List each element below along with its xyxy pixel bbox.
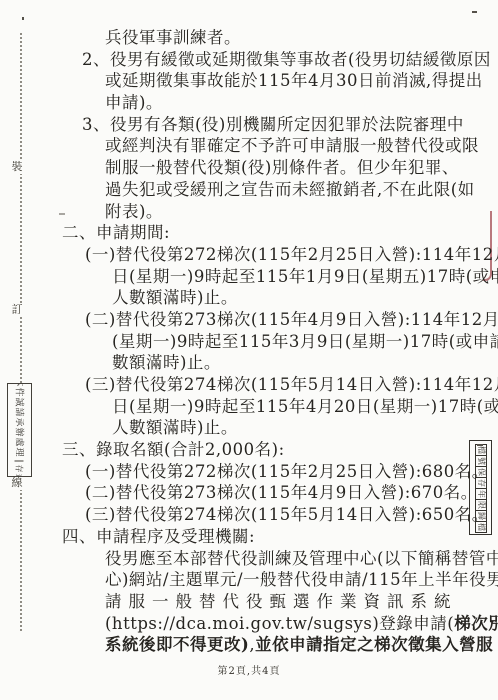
text-segment: 二、申請期間: xyxy=(62,223,170,242)
binding-dotted-line xyxy=(20,33,22,631)
text-segment: 並依申請指定之梯次徵集入營服 xyxy=(255,635,493,654)
text-segment: 心)網站/主題單元/一般替代役申請/115年上半年役男申 xyxy=(105,570,498,589)
text-line: (一)替代役第272梯次(115年2月25日入營):680名。 xyxy=(62,461,466,483)
text-line: 申請)。 xyxy=(62,92,466,114)
text-segment: 梯次別選定送出 xyxy=(454,614,498,633)
text-segment: 役男應至本部替代役訓練及管理中心(以下簡稱替管中 xyxy=(105,549,498,568)
text-line: 3、役男有各類(役)別機關所定因犯罪於法院審理中 xyxy=(62,114,466,136)
text-line: 制服一般替代役類(役)別條件者。但少年犯罪、 xyxy=(62,157,466,179)
scan-speck xyxy=(22,17,24,20)
text-segment: 請服一般替代役甄選作業資訊系統 xyxy=(105,592,458,611)
text-line: 人數額滿時)止。 xyxy=(62,287,466,309)
left-stamp-text: 本件誠請承辦處理 xyxy=(13,383,23,458)
text-line: (三)替代役第274梯次(115年5月14日入營):650名。 xyxy=(62,504,466,526)
text-segment: (一)替代役第272梯次(115年2月25日入營):114年12月15 xyxy=(85,245,498,264)
document-body: 兵役軍事訓練者。2、役男有緩徵或延期徵集等事故者(役男切結緩徵原因或延期徵集事故… xyxy=(62,27,466,656)
text-segment: 人數額滿時)止。 xyxy=(112,418,238,437)
text-segment: 制服一般替代役類(役)別條件者。但少年犯罪、 xyxy=(105,158,459,177)
text-line: 三、錄取名額(合計2,000名): xyxy=(62,439,466,461)
text-segment: (https://dca.moi.gov.tw/sugsys)登錄申請( xyxy=(105,614,454,633)
scanned-document-page: 裝 訂 線 本件誠請承辦處理存查 檔號保存年限歸檔 兵役軍事訓練者。2、役男有緩… xyxy=(0,0,498,700)
text-line: 請服一般替代役甄選作業資訊系統 xyxy=(62,591,466,613)
page-number-footer: 第2頁,共4頁 xyxy=(0,662,498,677)
text-line: 日(星期一)9時起至115年4月20日(星期一)17時(或申請 xyxy=(62,396,466,418)
text-segment: (一)替代役第272梯次(115年2月25日入營):680名。 xyxy=(85,462,489,481)
text-line: 人數額滿時)止。 xyxy=(62,417,466,439)
text-line: 過失犯或受緩刑之宣告而未經撤銷者,不在此限(如 xyxy=(62,179,466,201)
text-segment: 三、錄取名額(合計2,000名): xyxy=(62,440,285,459)
text-segment: 3、役男有各類(役)別機關所定因犯罪於法院審理中 xyxy=(82,115,464,134)
text-line: 附表)。 xyxy=(62,201,466,223)
text-segment: 數額滿時)止。 xyxy=(112,353,221,372)
text-line: 或經判決有罪確定不予許可申請服一般替代役或限 xyxy=(62,135,466,157)
text-segment: (三)替代役第274梯次(115年5月14日入營):650名。 xyxy=(85,505,489,524)
binding-mark-xian: 線 xyxy=(9,476,25,490)
scan-speck xyxy=(472,11,477,13)
text-segment: 申請)。 xyxy=(105,93,163,112)
text-segment: 兵役軍事訓練者。 xyxy=(105,28,241,47)
binding-mark-zhuang: 裝 xyxy=(9,160,25,174)
text-line: 或延期徵集事故能於115年4月30日前消滅,得提出 xyxy=(62,70,466,92)
text-segment: 人數額滿時)止。 xyxy=(112,288,238,307)
text-line: 二、申請期間: xyxy=(62,222,466,244)
text-line: 數額滿時)止。 xyxy=(62,352,466,374)
text-line: 系統後即不得更改),並依申請指定之梯次徵集入營服 xyxy=(62,634,466,656)
text-segment: 附表)。 xyxy=(105,202,163,221)
text-line: 四、申請程序及受理機關: xyxy=(62,526,466,548)
text-line: 心)網站/主題單元/一般替代役申請/115年上半年役男申 xyxy=(62,569,466,591)
scan-speck xyxy=(477,444,483,446)
text-segment: 日(星期一)9時起至115年4月20日(星期一)17時(或申請 xyxy=(112,397,498,416)
text-segment: (二)替代役第273梯次(115年4月9日入營):670名。 xyxy=(85,483,478,502)
text-line: (https://dca.moi.gov.tw/sugsys)登錄申請(梯次別選… xyxy=(62,613,466,635)
text-line: 2、役男有緩徵或延期徵集等事故者(役男切結緩徵原因 xyxy=(62,49,466,71)
text-line: (一)替代役第272梯次(115年2月25日入營):114年12月15 xyxy=(62,244,466,266)
left-margin-stamp: 本件誠請承辦處理存查 xyxy=(7,383,32,477)
text-segment: (星期一)9時起至115年3月9日(星期一)17時(或申請人 xyxy=(112,332,498,351)
text-line: 兵役軍事訓練者。 xyxy=(62,27,466,49)
text-line: (二)替代役第273梯次(115年4月9日入營):670名。 xyxy=(62,482,466,504)
text-line: (二)替代役第273梯次(115年4月9日入營):114年12月15日 xyxy=(62,309,466,331)
text-line: 日(星期一)9時起至115年1月9日(星期五)17時(或申請 xyxy=(62,266,466,288)
text-line: (三)替代役第274梯次(115年5月14日入營):114年12月15 xyxy=(62,374,466,396)
text-line: 役男應至本部替代役訓練及管理中心(以下簡稱替管中 xyxy=(62,548,466,570)
text-segment: (三)替代役第274梯次(115年5月14日入營):114年12月15 xyxy=(85,375,498,394)
text-line: (星期一)9時起至115年3月9日(星期一)17時(或申請人 xyxy=(62,331,466,353)
text-segment: (二)替代役第273梯次(115年4月9日入營):114年12月15日 xyxy=(85,310,498,329)
text-segment: 2、役男有緩徵或延期徵集等事故者(役男切結緩徵原因 xyxy=(82,50,491,69)
text-segment: 四、申請程序及受理機關: xyxy=(62,527,255,546)
text-segment: 系統後即不得更改) xyxy=(105,635,249,654)
text-segment: 過失犯或受緩刑之宣告而未經撤銷者,不在此限(如 xyxy=(105,180,475,199)
left-stamp-tail: 存查 xyxy=(14,461,23,477)
text-segment: 或經判決有罪確定不予許可申請服一般替代役或限 xyxy=(105,136,479,155)
binding-mark-ding: 訂 xyxy=(9,303,25,317)
text-segment: 日(星期一)9時起至115年1月9日(星期五)17時(或申請 xyxy=(112,267,498,286)
text-segment: 或延期徵集事故能於115年4月30日前消滅,得提出 xyxy=(105,71,483,90)
